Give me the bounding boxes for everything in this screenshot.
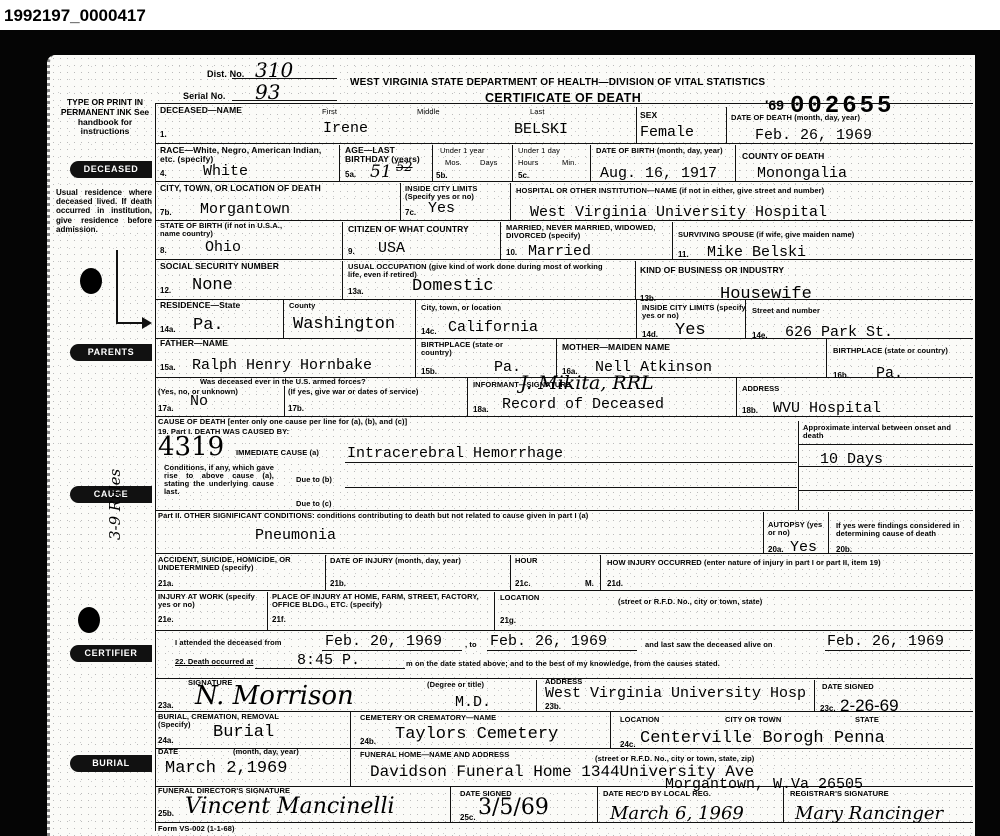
serial-no-label: Serial No.: [183, 92, 226, 101]
funeral-date-signed: 3/5/69: [478, 797, 549, 819]
certifier-address: West Virginia University Hosp: [545, 686, 806, 701]
document-id: 1992197_0000417: [4, 6, 146, 26]
margin-note: 3-9 Rules: [108, 469, 123, 540]
residence-note: Usual residence where deceased lived. If…: [56, 188, 152, 234]
citizen-of: USA: [378, 241, 405, 256]
onset-interval: 10 Days: [820, 452, 883, 467]
surviving-spouse: Mike Belski: [707, 245, 806, 260]
certifier-degree: M.D.: [455, 695, 491, 710]
arrow-icon: [142, 317, 152, 329]
mother-birthplace: Pa.: [876, 366, 903, 381]
county-of-death: Monongalia: [757, 166, 847, 181]
informant-address: WVU Hospital: [773, 401, 881, 416]
time-of-death: 8:45 P.: [297, 653, 360, 668]
age: 51: [370, 164, 392, 181]
punch-hole: [78, 607, 100, 633]
cause-code: 4319: [158, 434, 224, 460]
registrar-signature: Mary Rancinger: [795, 805, 943, 823]
state-of-birth: Ohio: [205, 240, 241, 255]
section-tab-burial: BURIAL: [70, 755, 152, 772]
residence-state: Pa.: [193, 317, 224, 334]
name-label: DECEASED—NAME: [160, 106, 242, 115]
ink-instructions: TYPE OR PRINT IN PERMANENT INK See handb…: [55, 98, 155, 137]
marital-status: Married: [528, 244, 591, 259]
serial-no: 93: [255, 82, 280, 102]
date-of-birth: Aug. 16, 1917: [600, 166, 717, 181]
disposition: Burial: [213, 724, 274, 741]
autopsy: Yes: [790, 540, 817, 555]
last-saw-alive: Feb. 26, 1969: [827, 634, 944, 649]
ssn: None: [192, 277, 233, 294]
date-received-local-reg: March 6, 1969: [610, 805, 744, 823]
punch-hole: [80, 268, 102, 294]
section-tab-deceased: DECEASED: [70, 161, 152, 178]
occupation: Domestic: [412, 278, 494, 295]
attended-from: Feb. 20, 1969: [325, 634, 442, 649]
date-of-death: Feb. 26, 1969: [755, 128, 872, 143]
immediate-cause: Intracerebral Hemorrhage: [347, 446, 563, 461]
certifier-date-signed: 2-26-69: [840, 697, 899, 714]
burial-location: Centerville Borogh Penna: [640, 730, 885, 747]
sex: Female: [640, 125, 694, 140]
attended-to: Feb. 26, 1969: [490, 634, 607, 649]
first-name: Irene: [323, 121, 368, 136]
last-name: BELSKI: [514, 122, 568, 137]
agency-title: WEST VIRGINIA STATE DEPARTMENT OF HEALTH…: [350, 77, 765, 88]
other-conditions: Pneumonia: [255, 528, 336, 543]
cert-year: '69: [765, 97, 784, 113]
armed-forces: No: [190, 394, 208, 409]
funeral-director-signature: Vincent Mancinelli: [185, 796, 395, 818]
residence-county: Washington: [293, 316, 395, 333]
father-name: Ralph Henry Hornbake: [192, 358, 372, 373]
city-of-death: Morgantown: [200, 202, 290, 217]
industry: Housewife: [720, 286, 812, 303]
certifier-signature: N. Morrison: [195, 683, 354, 709]
age-struck: 52: [396, 161, 413, 174]
inside-city-limits: Yes: [428, 201, 455, 216]
form-id: Form VS-002 (1-1-68): [158, 825, 235, 833]
residence-inside-limits: Yes: [675, 322, 706, 339]
section-tab-certifier: CERTIFIER: [70, 645, 152, 662]
cemetery: Taylors Cemetery: [395, 726, 558, 743]
informant-name: Record of Deceased: [502, 397, 664, 412]
dist-no: 310: [255, 60, 293, 80]
father-birthplace: Pa.: [494, 360, 521, 375]
residence-city: California: [448, 320, 538, 335]
section-tab-parents: PARENTS: [70, 344, 152, 361]
burial-date: March 2,1969: [165, 760, 287, 777]
race: White: [203, 164, 248, 179]
residence-street: 626 Park St.: [785, 325, 893, 340]
hospital: West Virginia University Hospital: [530, 205, 827, 220]
informant-signature: J. Mikita, RRL: [520, 374, 654, 393]
